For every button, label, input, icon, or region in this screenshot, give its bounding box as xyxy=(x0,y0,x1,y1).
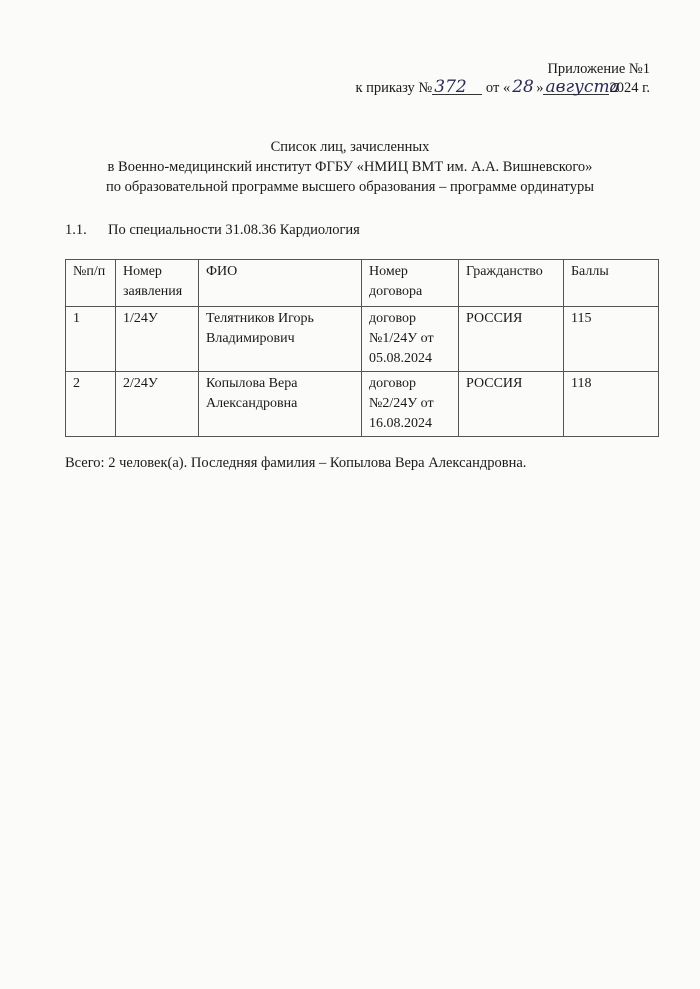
col-header-application: Номер заявления xyxy=(116,260,199,307)
day-open-quote: « xyxy=(503,80,510,96)
cell-application: 2/24У xyxy=(116,372,199,437)
document-title: Список лиц, зачисленных в Военно-медицин… xyxy=(0,137,700,197)
table-header-row: №п/п Номер заявления ФИО Номер договора … xyxy=(66,260,659,307)
col-header-citizenship: Гражданство xyxy=(459,260,564,307)
title-line-1: Список лиц, зачисленных xyxy=(0,137,700,157)
cell-application: 1/24У xyxy=(116,307,199,372)
section-number: 1.1. xyxy=(65,222,108,239)
cell-number: 1 xyxy=(66,307,116,372)
day-close-quote: » xyxy=(536,80,543,96)
cell-number: 2 xyxy=(66,372,116,437)
col-header-score: Баллы xyxy=(564,260,659,307)
cell-contract: договор №2/24У от 16.08.2024 xyxy=(362,372,459,437)
cell-contract: договор №1/24У от 05.08.2024 xyxy=(362,307,459,372)
cell-citizenship: РОССИЯ xyxy=(459,372,564,437)
col-header-contract: Номер договора xyxy=(362,260,459,307)
order-month-handwritten: августа xyxy=(543,80,609,95)
cell-score: 118 xyxy=(564,372,659,437)
cell-name: Телятников Игорь Владимирович xyxy=(199,307,362,372)
order-prefix: к приказу № xyxy=(355,80,432,96)
title-line-2: в Военно-медицинский институт ФГБУ «НМИЦ… xyxy=(0,157,700,177)
order-number-handwritten: 372 xyxy=(432,80,482,95)
section-heading: 1.1.По специальности 31.08.36 Кардиологи… xyxy=(65,222,360,239)
summary-text: Всего: 2 человек(а). Последняя фамилия –… xyxy=(65,455,526,472)
cell-name: Копылова Вера Александровна xyxy=(199,372,362,437)
cell-score: 115 xyxy=(564,307,659,372)
order-day-handwritten: 28 xyxy=(510,80,536,94)
order-reference: к приказу №372 от «28»августа2024 г. xyxy=(355,80,650,97)
order-year: 2024 г. xyxy=(609,80,650,96)
from-label: от xyxy=(486,80,499,96)
section-label: По специальности 31.08.36 Кардиология xyxy=(108,222,360,238)
enrollment-table: №п/п Номер заявления ФИО Номер договора … xyxy=(65,259,659,437)
table-row: 2 2/24У Копылова Вера Александровна дого… xyxy=(66,372,659,437)
table-row: 1 1/24У Телятников Игорь Владимирович до… xyxy=(66,307,659,372)
title-line-3: по образовательной программе высшего обр… xyxy=(0,177,700,197)
col-header-number: №п/п xyxy=(66,260,116,307)
cell-citizenship: РОССИЯ xyxy=(459,307,564,372)
appendix-label: Приложение №1 xyxy=(547,61,650,78)
col-header-name: ФИО xyxy=(199,260,362,307)
